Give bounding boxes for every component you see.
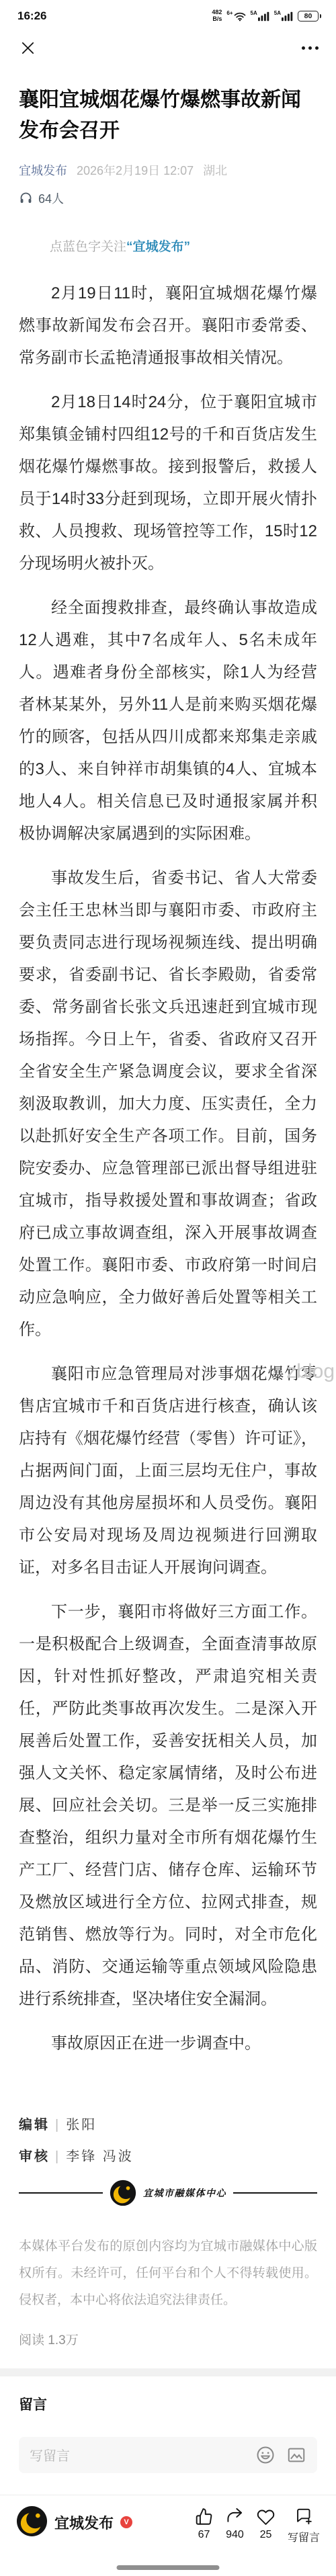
share-button[interactable]: 940 — [226, 2507, 244, 2541]
article-paragraph: 襄阳市应急管理局对涉事烟花爆竹零售店宜城市千和百货店进行核查，确认该店持有《烟花… — [19, 1358, 317, 1584]
account-link[interactable]: 宜城发布 — [19, 161, 67, 179]
wifi-icon: 6+ — [226, 11, 245, 22]
article: 襄阳宜城烟花爆竹爆燃事故新闻发布会召开 宜城发布 2026年2月19日 12:0… — [0, 85, 336, 2368]
comment-bubble-icon — [294, 2507, 312, 2526]
network-speed: 482 B/s — [212, 9, 222, 23]
follow-tip: 点蓝色字关注“宜城发布” — [50, 237, 317, 255]
close-icon[interactable] — [17, 38, 38, 58]
signal-sim2-icon: 5A — [274, 11, 293, 22]
copyright-notice: 本媒体平台发布的原创内容均为宜城市融媒体中心版权所有。未经许可，任何平台和个人不… — [19, 2233, 317, 2314]
media-center-logo-icon — [110, 2179, 136, 2206]
comment-input[interactable]: 写留言 — [19, 2437, 317, 2473]
heart-icon — [257, 2507, 275, 2526]
clock-time: 16:26 — [17, 9, 46, 23]
status-icons: 482 B/s 6+ 5A — [212, 9, 319, 23]
comment-label: 写留言 — [288, 2529, 320, 2544]
follow-account-link[interactable]: “宜城发布” — [126, 240, 190, 254]
status-bar: 16:26 482 B/s 6+ 5A — [0, 0, 336, 28]
article-paragraph: 事故原因正在进一步调查中。 — [19, 2028, 317, 2060]
divider-line — [19, 2192, 103, 2194]
account-logo-icon — [16, 2505, 48, 2537]
read-count: 阅读 1.3万 — [19, 2330, 317, 2348]
section-divider — [0, 2368, 336, 2376]
account-chip[interactable]: 宜城发布 V — [16, 2505, 132, 2576]
listen-count: 64人 — [38, 190, 64, 207]
home-indicator[interactable] — [117, 2565, 220, 2570]
wow-count: 25 — [260, 2529, 272, 2541]
brand-divider: 宜城市融媒体中心 — [19, 2179, 317, 2206]
article-body: 2月19日11时，襄阳宜城烟花爆竹爆燃事故新闻发布会召开。襄阳市委常委、常务副市… — [19, 278, 317, 2060]
verified-badge: V — [120, 2516, 132, 2528]
publish-location: 湖北 — [203, 161, 227, 179]
nav-bar — [0, 28, 336, 67]
image-upload-icon[interactable] — [286, 2445, 306, 2465]
comment-button[interactable]: 写留言 — [288, 2507, 320, 2544]
like-count: 67 — [198, 2529, 210, 2541]
media-center-name: 宜城市融媒体中心 — [143, 2186, 226, 2200]
signal-sim1-icon: 5A — [251, 11, 269, 22]
credit-line: 编辑|张阳 — [19, 2114, 317, 2133]
share-count: 940 — [226, 2529, 244, 2541]
emoji-icon[interactable] — [255, 2445, 276, 2465]
article-title: 襄阳宜城烟花爆竹爆燃事故新闻发布会召开 — [19, 85, 317, 147]
watermark: zblog — [286, 1362, 335, 1382]
comments-section: 留言 写留言 — [0, 2394, 336, 2473]
article-meta: 宜城发布 2026年2月19日 12:07 湖北 — [19, 161, 317, 179]
share-arrow-icon — [226, 2507, 244, 2526]
article-paragraph: 2月18日14时24分，位于襄阳宜城市郑集镇金铺村四组12号的千和百货店发生烟花… — [19, 386, 317, 580]
divider-line — [233, 2192, 317, 2194]
comments-header: 留言 — [19, 2394, 317, 2414]
follow-tip-prefix: 点蓝色字关注 — [50, 240, 126, 254]
comment-placeholder: 写留言 — [30, 2445, 255, 2464]
battery-icon: 80 — [298, 11, 319, 22]
more-options-icon[interactable] — [302, 42, 319, 54]
article-paragraph: 事故发生后，省委书记、省人大常委会主任王忠林当即与襄阳市委、市政府主要负责同志进… — [19, 862, 317, 1346]
account-name: 宜城发布 — [54, 2512, 114, 2533]
credits: 编辑|张阳 审核|李锋 冯波 — [19, 2114, 317, 2165]
article-paragraph: 下一步，襄阳市将做好三方面工作。一是积极配合上级调查，全面查清事故原因，针对性抓… — [19, 1596, 317, 2016]
listen-row[interactable]: 64人 — [19, 190, 317, 207]
headphones-icon — [19, 191, 33, 205]
article-paragraph: 2月19日11时，襄阳宜城烟花爆竹爆燃事故新闻发布会召开。襄阳市委常委、常务副市… — [19, 278, 317, 374]
publish-date: 2026年2月19日 12:07 — [77, 161, 194, 179]
like-button[interactable]: 67 — [195, 2507, 213, 2541]
bottom-bar: 宜城发布 V 67 940 25 — [0, 2495, 336, 2576]
article-paragraph: 经全面搜救排查，最终确认事故造成12人遇难，其中7名成年人、5名未成年人。遇难者… — [19, 592, 317, 850]
wechat-article-page: 16:26 482 B/s 6+ 5A — [0, 0, 336, 2576]
credit-line: 审核|李锋 冯波 — [19, 2145, 317, 2165]
thumbs-up-icon — [195, 2507, 213, 2526]
wow-button[interactable]: 25 — [257, 2507, 275, 2541]
